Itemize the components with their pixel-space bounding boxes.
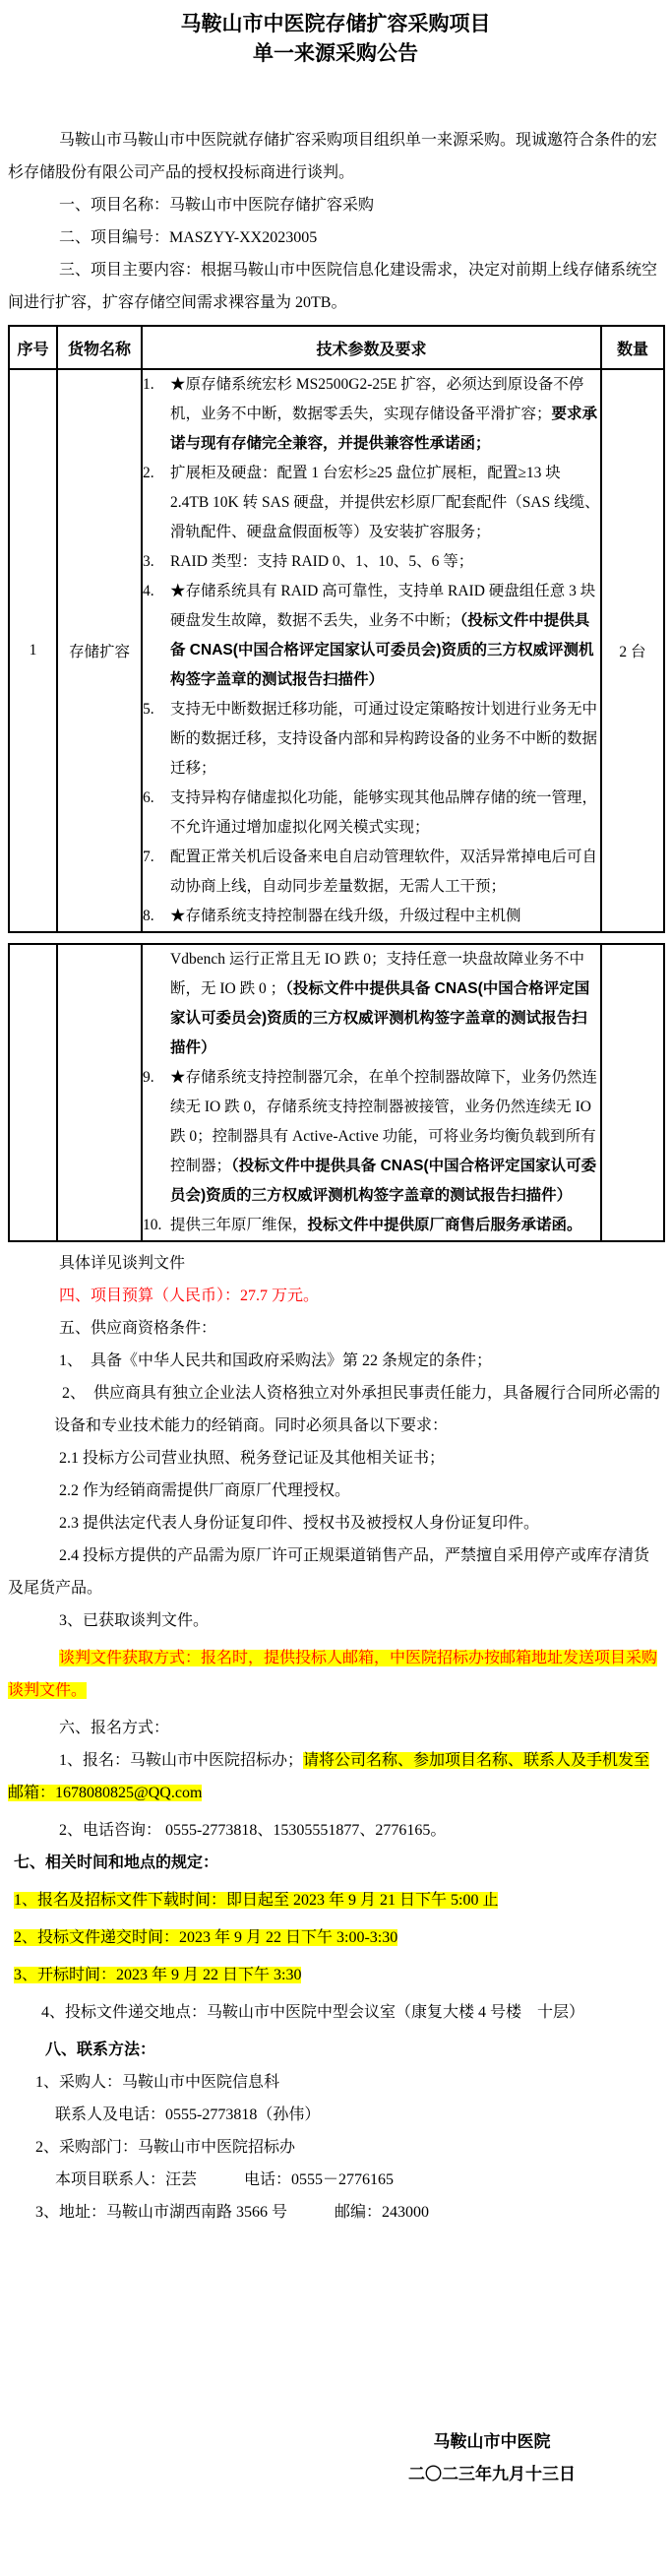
sec5-item-2: 2、 供应商具有独立企业法人资格独立对外承担民事责任能力，具备履行合同所必需的设…	[54, 1377, 663, 1442]
table-row-continued: Vdbench 运行正常且无 IO 跌 0；支持任意一块盘故障业务不中断，无 I…	[9, 944, 664, 1241]
spec-item-number: 2.	[143, 459, 170, 547]
spec-item-text: ★存储系统具有 RAID 高可靠性，支持单 RAID 硬盘组任意 3 块硬盘发生…	[170, 577, 600, 695]
sec7-item-1: 1、报名及招标文件下载时间：即日起至 2023 年 9 月 21 日下午 5:0…	[14, 1884, 663, 1916]
row-name-cell-empty	[57, 944, 142, 1241]
text-run: （投标文件中提供具备 CNAS(中国合格评定国家认可委员会)资质的三方权威评测机…	[170, 1158, 596, 1204]
see-details-line: 具体详见谈判文件	[8, 1247, 663, 1280]
sec8-department-line: 2、采购部门：马鞍山市中医院招标办	[35, 2131, 663, 2164]
sec8-purchaser-line: 1、采购人：马鞍山市中医院信息科	[35, 2066, 663, 2099]
project-content-line: 三、项目主要内容：根据马鞍山市中医院信息化建设需求，决定对前期上线存储系统空间进…	[8, 254, 663, 319]
footer-organization: 马鞍山市中医院	[374, 2425, 610, 2458]
text-run: ★存储系统支持控制器在线升级，升级过程中主机侧	[170, 908, 521, 924]
text-run: ★原存储系统宏杉 MS2500G2-25E 扩容，必须达到原设备不停机，业务不中…	[170, 376, 583, 422]
col-header-name: 货物名称	[57, 326, 142, 369]
col-header-index: 序号	[9, 326, 57, 369]
sec7-item-3: 3、开标时间：2023 年 9 月 22 日下午 3:30	[14, 1959, 663, 1991]
spec-item: 10.提供三年原厂维保，投标文件中提供原厂商售后服务承诺函。	[143, 1211, 600, 1240]
spec-item-text: ★存储系统支持控制器冗余，在单个控制器故障下，业务仍然连续无 IO 跌 0，存储…	[170, 1063, 600, 1211]
spec-table-header-row: 序号 货物名称 技术参数及要求 数量	[9, 326, 664, 369]
sec8-address-line: 3、地址：马鞍山市湖西南路 3566 号 邮编：243000	[35, 2196, 663, 2229]
text-run: 扩展柜及硬盘：配置 1 台宏杉≥25 盘位扩展柜，配置≥13 块 2.4TB 1…	[170, 465, 600, 540]
spec-table-segment-2: Vdbench 运行正常且无 IO 跌 0；支持任意一块盘故障业务不中断，无 I…	[8, 943, 665, 1242]
sec8-purchaser-contact-line: 联系人及电话：0555-2773818（孙伟）	[55, 2099, 663, 2131]
project-number-line: 二、项目编号：MASZYY-XX2023005	[8, 221, 663, 254]
spec-item-text: Vdbench 运行正常且无 IO 跌 0；支持任意一块盘故障业务不中断，无 I…	[170, 945, 600, 1063]
spec-item-text: 支持异构存储虚拟化功能，能够实现其他品牌存储的统一管理，不允许通过增加虚拟化网关…	[170, 784, 600, 843]
negotiation-doc-notice: 谈判文件获取方式：报名时，提供投标人邮箱，中医院招标办按邮箱地址发送项目采购谈判…	[8, 1642, 663, 1707]
spec-item-number: 8.	[143, 902, 170, 931]
spacer	[8, 2229, 663, 2425]
spec-item-number: 10.	[143, 1211, 170, 1240]
sec8-project-contact-line: 本项目联系人：汪芸 电话：0555－2776165	[55, 2164, 663, 2196]
text-run: 2、投标文件递交时间：2023 年 9 月 22 日下午 3:00-3:30	[14, 1929, 397, 1946]
intro-paragraph: 马鞍山市马鞍山市中医院就存储扩容采购项目组织单一来源采购。现诚邀符合条件的宏杉存…	[8, 124, 663, 189]
sec7-item-2: 2、投标文件递交时间：2023 年 9 月 22 日下午 3:00-3:30	[14, 1921, 663, 1954]
row-name-cell: 存储扩容	[57, 369, 142, 932]
text-run: 配置正常关机后设备来电自启动管理软件，双活异常掉电后可自动协商上线，自动同步差量…	[170, 848, 597, 895]
doc-title-line2: 单一来源采购公告	[8, 39, 663, 69]
sec8-title: 八、联系方法：	[45, 2034, 663, 2066]
sec7-title: 七、相关时间和地点的规定：	[14, 1847, 663, 1879]
text-run: 谈判文件获取方式：报名时，提供投标人邮箱，中医院招标办按邮箱地址发送项目采购谈判…	[8, 1650, 657, 1699]
spacer	[8, 69, 663, 124]
text-run: 提供三年原厂维保，	[170, 1217, 308, 1233]
spec-item: 5.支持无中断数据迁移功能，可通过设定策略按计划进行业务无中断的数据迁移，支持设…	[143, 695, 600, 784]
spec-item-text: 配置正常关机后设备来电自启动管理软件，双活异常掉电后可自动协商上线，自动同步差量…	[170, 843, 600, 902]
table-row: 1 存储扩容 1.★原存储系统宏杉 MS2500G2-25E 扩容，必须达到原设…	[9, 369, 664, 932]
row-qty-cell: 2 台	[601, 369, 664, 932]
spec-item: 9.★存储系统支持控制器冗余，在单个控制器故障下，业务仍然连续无 IO 跌 0，…	[143, 1063, 600, 1211]
sec5-item-2-3: 2.3 提供法定代表人身份证复印件、授权书及被授权人身份证复印件。	[8, 1507, 663, 1539]
sec5-item-2-2: 2.2 作为经销商需提供厂商原厂代理授权。	[8, 1475, 663, 1507]
spec-item-text: 支持无中断数据迁移功能，可通过设定策略按计划进行业务无中断的数据迁移，支持设备内…	[170, 695, 600, 784]
sec5-item-2-4: 2.4 投标方提供的产品需为原厂许可正规渠道销售产品，严禁擅自采用停产或库存清货…	[8, 1539, 663, 1604]
budget-line: 四、项目预算（人民币）：27.7 万元。	[8, 1280, 663, 1312]
project-name-line: 一、项目名称：马鞍山市中医院存储扩容采购	[8, 189, 663, 221]
row-spec-cell-seg1: 1.★原存储系统宏杉 MS2500G2-25E 扩容，必须达到原设备不停机，业务…	[142, 369, 601, 932]
col-header-spec: 技术参数及要求	[142, 326, 601, 369]
table-page-break-gap	[8, 933, 663, 943]
row-qty-cell-empty	[601, 944, 664, 1241]
row-spec-cell-seg2: Vdbench 运行正常且无 IO 跌 0；支持任意一块盘故障业务不中断，无 I…	[142, 944, 601, 1241]
sec6-title: 六、报名方式：	[8, 1712, 663, 1744]
sec6-signup-line: 1、报名：马鞍山市中医院招标办；请将公司名称、参加项目名称、联系人及手机发至邮箱…	[8, 1744, 663, 1809]
spec-item: 8.★存储系统支持控制器在线升级，升级过程中主机侧	[143, 902, 600, 931]
row-index-cell: 1	[9, 369, 57, 932]
text-run: 投标文件中提供原厂商售后服务承诺函。	[308, 1217, 582, 1233]
spec-item-number	[143, 945, 170, 1063]
spec-item-number: 6.	[143, 784, 170, 843]
spec-item: 6.支持异构存储虚拟化功能，能够实现其他品牌存储的统一管理，不允许通过增加虚拟化…	[143, 784, 600, 843]
sec7-item-4: 4、投标文件递交地点：马鞍山市中医院中型会议室（康复大楼 4 号楼 十层）	[14, 1996, 663, 2029]
spec-item-number: 1.	[143, 370, 170, 459]
spec-item: 7.配置正常关机后设备来电自启动管理软件，双活异常掉电后可自动协商上线，自动同步…	[143, 843, 600, 902]
text-run: 3、开标时间：2023 年 9 月 22 日下午 3:30	[14, 1967, 301, 1983]
spec-item: 2.扩展柜及硬盘：配置 1 台宏杉≥25 盘位扩展柜，配置≥13 块 2.4TB…	[143, 459, 600, 547]
spec-item-text: ★存储系统支持控制器在线升级，升级过程中主机侧	[170, 902, 600, 931]
spec-item-text: 扩展柜及硬盘：配置 1 台宏杉≥25 盘位扩展柜，配置≥13 块 2.4TB 1…	[170, 459, 600, 547]
footer-date: 二〇二三年九月十三日	[374, 2458, 610, 2490]
row-index-cell-empty	[9, 944, 57, 1241]
sec5-item-2-1: 2.1 投标方公司营业执照、税务登记证及其他相关证书；	[8, 1442, 663, 1475]
text-run: 支持异构存储虚拟化功能，能够实现其他品牌存储的统一管理，不允许通过增加虚拟化网关…	[170, 789, 597, 836]
spec-item: 3.RAID 类型：支持 RAID 0、1、10、5、6 等；	[143, 547, 600, 577]
sec5-item-3: 3、已获取谈判文件。	[8, 1604, 663, 1637]
text-run: RAID 类型：支持 RAID 0、1、10、5、6 等；	[170, 553, 473, 570]
document-page: 马鞍山市中医院存储扩容采购项目 单一来源采购公告 马鞍山市马鞍山市中医院就存储扩…	[0, 0, 671, 2576]
spec-item: 1.★原存储系统宏杉 MS2500G2-25E 扩容，必须达到原设备不停机，业务…	[143, 370, 600, 459]
sec5-item-1: 1、 具备《中华人民共和国政府采购法》第 22 条规定的条件；	[8, 1345, 663, 1377]
spec-item-text: 提供三年原厂维保，投标文件中提供原厂商售后服务承诺函。	[170, 1211, 600, 1240]
spec-item-number: 3.	[143, 547, 170, 577]
spec-item: 4.★存储系统具有 RAID 高可靠性，支持单 RAID 硬盘组任意 3 块硬盘…	[143, 577, 600, 695]
text-run: 1、报名：马鞍山市中医院招标办；	[59, 1752, 303, 1769]
text-run: 支持无中断数据迁移功能，可通过设定策略按计划进行业务无中断的数据迁移，支持设备内…	[170, 701, 597, 777]
spec-item-number: 4.	[143, 577, 170, 695]
text-run: 1、报名及招标文件下载时间：即日起至 2023 年 9 月 21 日下午 5:0…	[14, 1892, 498, 1909]
spec-item-number: 9.	[143, 1063, 170, 1211]
doc-title-line1: 马鞍山市中医院存储扩容采购项目	[8, 10, 663, 39]
spec-item-number: 5.	[143, 695, 170, 784]
spec-item-text: RAID 类型：支持 RAID 0、1、10、5、6 等；	[170, 547, 600, 577]
sec5-title: 五、供应商资格条件：	[8, 1312, 663, 1345]
spec-table-segment-1: 序号 货物名称 技术参数及要求 数量 1 存储扩容 1.★原存储系统宏杉 MS2…	[8, 325, 665, 933]
sec6-phone-line: 2、电话咨询： 0555-2773818、15305551877、2776165…	[8, 1814, 663, 1847]
spec-item-number: 7.	[143, 843, 170, 902]
spec-item: Vdbench 运行正常且无 IO 跌 0；支持任意一块盘故障业务不中断，无 I…	[143, 945, 600, 1063]
spec-item-text: ★原存储系统宏杉 MS2500G2-25E 扩容，必须达到原设备不停机，业务不中…	[170, 370, 600, 459]
col-header-qty: 数量	[601, 326, 664, 369]
doc-footer: 马鞍山市中医院 二〇二三年九月十三日	[374, 2425, 610, 2490]
